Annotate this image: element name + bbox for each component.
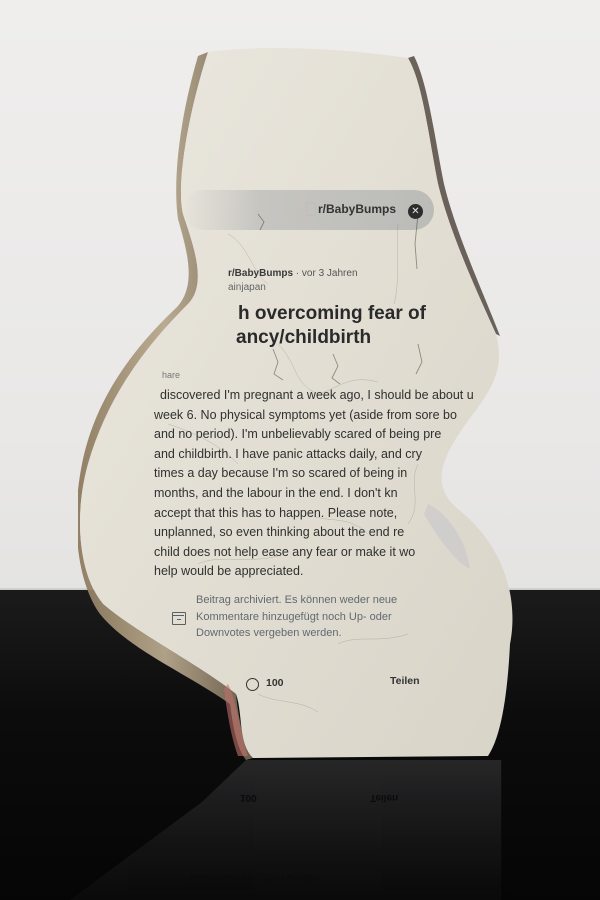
post-flair: hare [162,370,180,380]
meta-separator: · [296,268,299,279]
archived-notice: Beitrag archiviert. Es können weder neue… [196,592,397,642]
post-title-line-2: ancy/childbirth [158,326,426,350]
close-icon[interactable]: ✕ [408,204,423,219]
reflection-comment-count: 100 [240,792,257,803]
post-body-line: help would be appreciated. [154,562,514,582]
comments-count[interactable]: 100 [266,677,284,689]
archive-icon [172,612,186,625]
archived-line: Downvotes vergeben werden. [196,625,397,642]
post-meta: r/BabyBumps · vor 3 Jahren [228,268,358,279]
post-title: h overcoming fear of ancy/childbirth [158,302,426,350]
post-title-line-1: h overcoming fear of [158,302,426,326]
post-body-line: child does not help ease any fear or mak… [154,543,514,563]
header-subreddit-name[interactable]: r/BabyBumps [318,202,396,216]
post-body-line: unplanned, so even thinking about the en… [154,523,514,543]
post-age: vor 3 Jahren [302,268,358,279]
post-body-line: discovered I'm pregnant a week ago, I sh… [154,386,514,406]
reflection-archived-text: Downvotes vergeben werden. [190,872,322,883]
share-button[interactable]: Teilen [390,675,420,687]
reflection-share-label: Teilen [370,792,398,803]
post-author[interactable]: ainjapan [228,282,266,293]
comment-icon[interactable] [246,678,259,691]
subreddit-icon [306,202,316,216]
ceramic-sculpture: r/BabyBumps ✕ r/BabyBumps · vor 3 Jahren… [78,44,518,764]
archived-line: Beitrag archiviert. Es können weder neue [196,592,397,609]
archived-line: Kommentare hinzugefügt noch Up- oder [196,609,397,626]
post-body-line: week 6. No physical symptoms yet (aside … [154,406,514,426]
post-subreddit[interactable]: r/BabyBumps [228,268,293,279]
